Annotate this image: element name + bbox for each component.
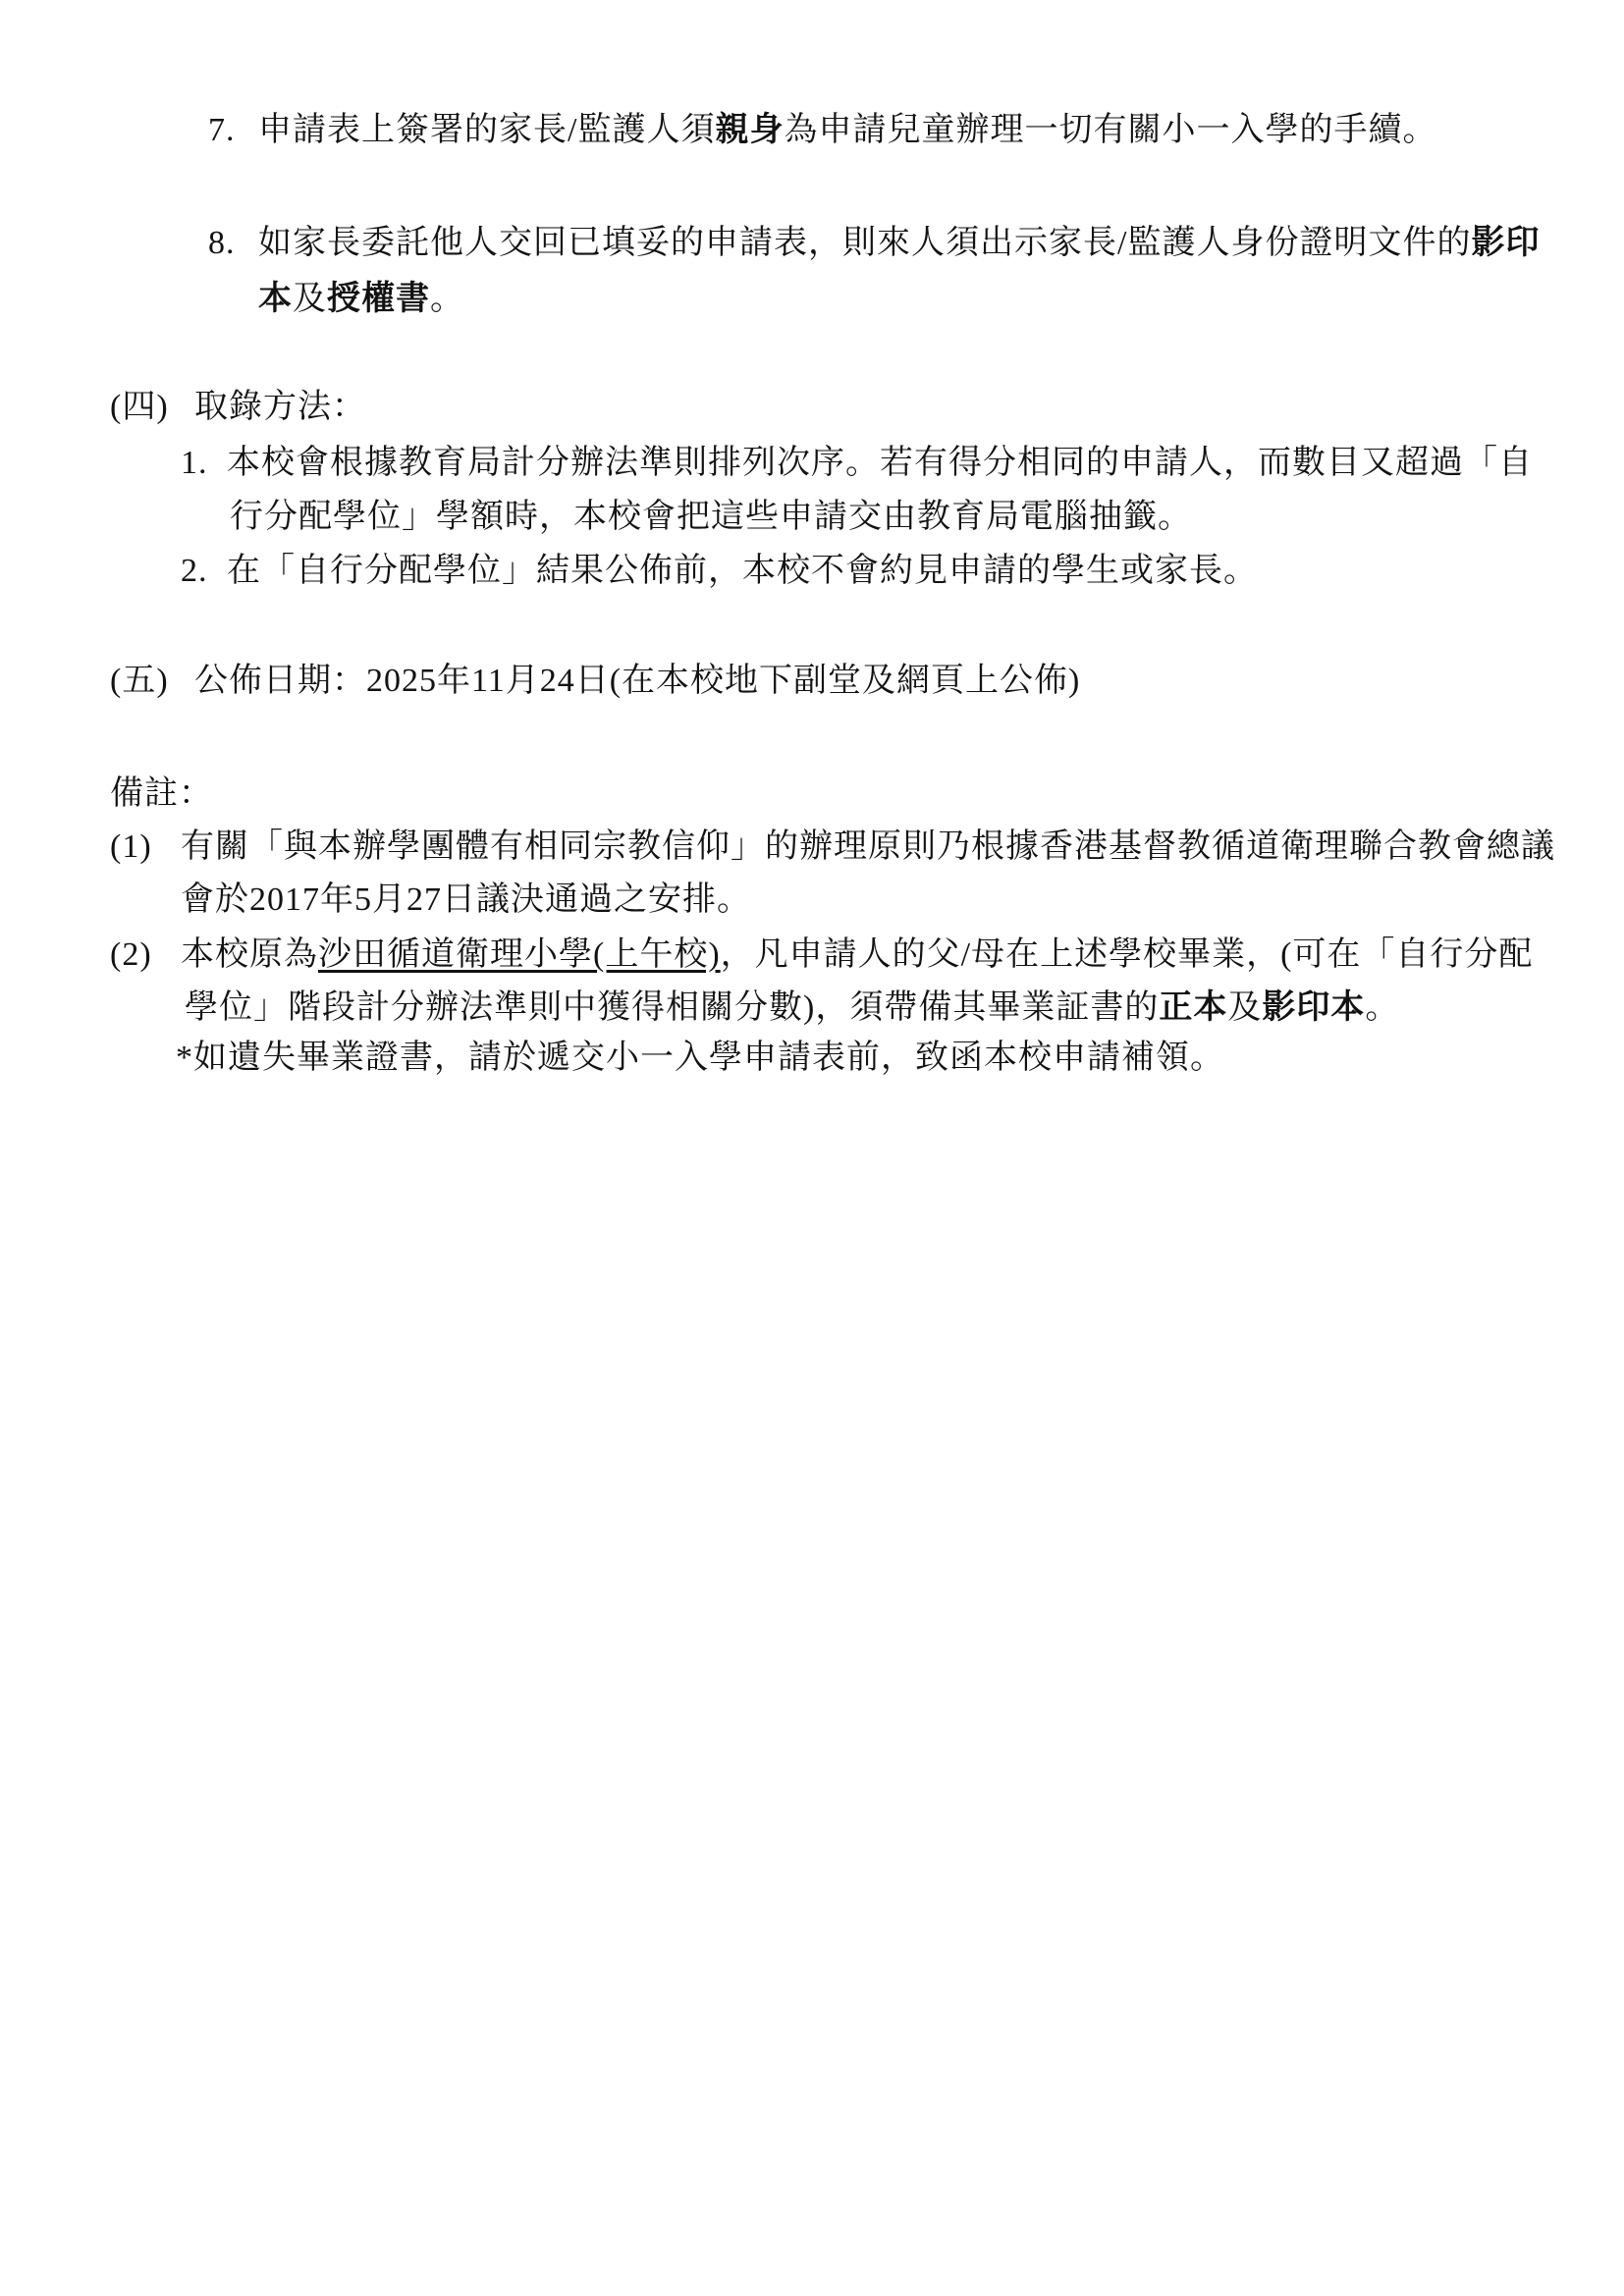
section5-label-text: (五) <box>110 663 169 699</box>
note1-number: (1) <box>110 828 152 866</box>
note1-line1: 有關「與本辦學團體有相同宗教信仰」的辦理原則乃根據香港基督教循道衛理聯合教會總議 <box>181 828 1555 866</box>
note2-l1-seg2-underline: 沙田循道衛理小學(上午校) <box>318 936 721 973</box>
item8-l1-seg2-bold: 影印 <box>1471 225 1540 261</box>
item8-l2-seg4: 。 <box>430 281 464 317</box>
note1-number-text: (1) <box>110 828 152 865</box>
section4-item1-line1: 本校會根據教育局計分辦法準則排列次序。若有得分相同的申請人，而數目又超過「自 <box>227 444 1533 482</box>
section4-item2-line1-text: 在「自行分配學位」結果公佈前，本校不會約見申請的學生或家長。 <box>227 553 1258 589</box>
section4-item2-number-text: 2. <box>181 553 208 589</box>
note2-l2-seg1: 學位」階段計分辦法準則中獲得相關分數)，須帶備其畢業証書的 <box>185 989 1159 1026</box>
item7-text: 申請表上簽署的家長/監護人須親身為申請兒童辦理一切有關小一入學的手續。 <box>258 111 1436 149</box>
note2-l2-seg2-bold: 正本 <box>1159 989 1227 1026</box>
item7-number: 7. <box>208 111 236 149</box>
section4-item1-line1-text: 本校會根據教育局計分辦法準則排列次序。若有得分相同的申請人，而數目又超過「自 <box>227 445 1533 481</box>
section4-item2-line1: 在「自行分配學位」結果公佈前，本校不會約見申請的學生或家長。 <box>227 552 1258 590</box>
note2-line2: 學位」階段計分辦法準則中獲得相關分數)，須帶備其畢業証書的正本及影印本。 <box>185 988 1399 1027</box>
item7-seg1: 申請表上簽署的家長/監護人須 <box>258 112 715 148</box>
section5-label: (五) <box>110 662 169 700</box>
note2-number: (2) <box>110 935 152 974</box>
note2-l2-seg4-bold: 影印本 <box>1262 989 1365 1026</box>
item8-l1-seg1: 如家長委託他人交回已填妥的申請表，則來人須出示家長/監護人身份證明文件的 <box>258 225 1471 261</box>
note2-l2-seg5: 。 <box>1365 989 1399 1026</box>
item8-line1: 如家長委託他人交回已填妥的申請表，則來人須出示家長/監護人身份證明文件的影印 <box>258 224 1540 262</box>
item7-seg2-bold: 親身 <box>715 112 784 148</box>
notes-title-text: 備註： <box>110 775 213 812</box>
item8-line2: 本及授權書。 <box>258 280 464 318</box>
section4-title: 取錄方法： <box>194 388 366 426</box>
item8-l2-seg2: 及 <box>293 281 327 317</box>
note2-line3: *如遺失畢業證書，請於遞交小一入學申請表前，致函本校申請補領。 <box>176 1039 1224 1077</box>
item8-number-text: 8. <box>208 225 236 261</box>
item8-l2-seg1-bold: 本 <box>258 281 293 317</box>
item8-number: 8. <box>208 224 236 262</box>
section4-item1-line2: 行分配學位」學額時，本校會把這些申請交由教育局電腦抽籤。 <box>230 498 1192 536</box>
item7-number-text: 7. <box>208 112 236 148</box>
section4-label: (四) <box>110 388 169 426</box>
note2-l1-seg3: ，凡申請人的父/母在上述學校畢業，(可在「自行分配 <box>721 936 1534 973</box>
document-page: 7. 申請表上簽署的家長/監護人須親身為申請兒童辦理一切有關小一入學的手續。 8… <box>0 0 1624 2296</box>
section5-text: 公佈日期：2025年11月24日(在本校地下副堂及網頁上公佈) <box>194 662 1080 700</box>
item8-l2-seg3-bold: 授權書 <box>327 281 430 317</box>
note1-line1-text: 有關「與本辦學團體有相同宗教信仰」的辦理原則乃根據香港基督教循道衛理聯合教會總議 <box>181 828 1555 865</box>
note2-number-text: (2) <box>110 936 152 973</box>
section4-label-text: (四) <box>110 389 169 425</box>
section4-item2-number: 2. <box>181 552 208 590</box>
item7-seg3: 為申請兒童辦理一切有關小一入學的手續。 <box>784 112 1436 148</box>
note2-line1: 本校原為沙田循道衛理小學(上午校)，凡申請人的父/母在上述學校畢業，(可在「自行… <box>181 935 1533 974</box>
section4-item1-line2-text: 行分配學位」學額時，本校會把這些申請交由教育局電腦抽籤。 <box>230 499 1192 535</box>
section4-item1-number-text: 1. <box>181 445 208 481</box>
note1-line2: 會於2017年5月27日議決通過之安排。 <box>181 881 751 919</box>
note1-line2-text: 會於2017年5月27日議決通過之安排。 <box>181 881 751 918</box>
section5-text-content: 公佈日期：2025年11月24日(在本校地下副堂及網頁上公佈) <box>194 663 1080 699</box>
note2-l2-seg3: 及 <box>1227 989 1262 1026</box>
section4-title-text: 取錄方法： <box>194 389 366 425</box>
notes-title: 備註： <box>110 774 213 813</box>
note2-l1-seg1: 本校原為 <box>181 936 318 973</box>
note2-line3-text: *如遺失畢業證書，請於遞交小一入學申請表前，致函本校申請補領。 <box>176 1040 1224 1076</box>
section4-item1-number: 1. <box>181 444 208 482</box>
